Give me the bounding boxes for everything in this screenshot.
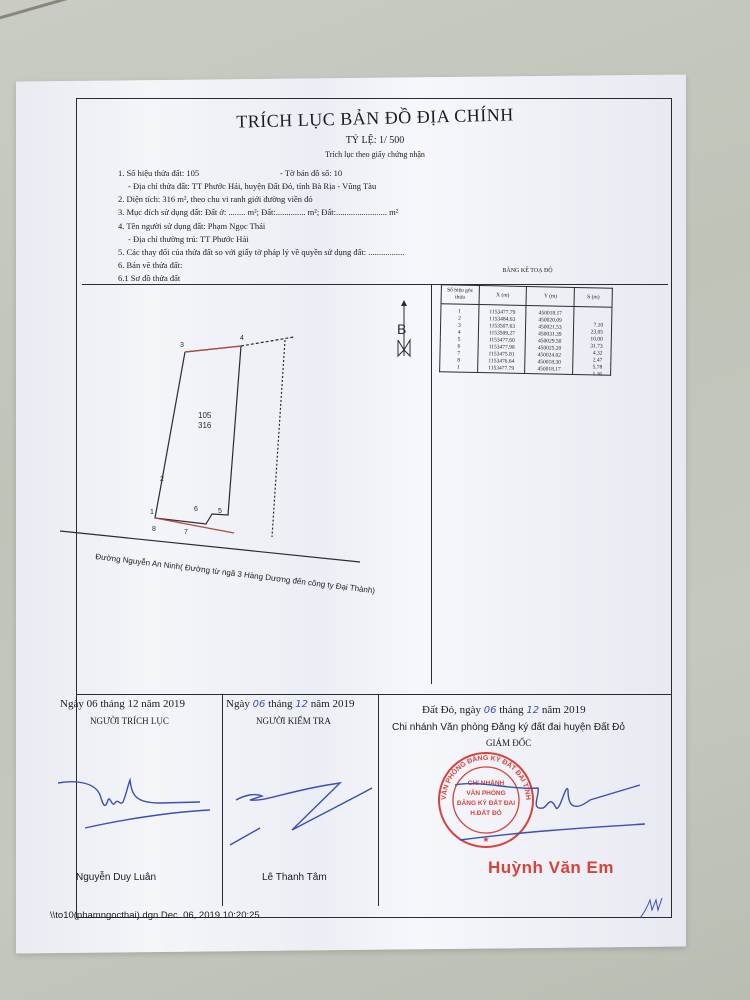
- official-stamp: VĂN PHÒNG ĐĂNG KÝ ĐẤT ĐAI TỈNH BÀ RỊA - …: [0, 0, 533, 847]
- initials-mark: [640, 898, 662, 918]
- checker-signature: [230, 783, 372, 845]
- extractor-signature: [58, 780, 210, 828]
- extractor-name: Nguyễn Duy Luân: [76, 872, 156, 883]
- director-name: Huỳnh Văn Em: [488, 858, 614, 878]
- svg-text:H.ĐẤT ĐỎ: H.ĐẤT ĐỎ: [470, 807, 501, 817]
- svg-text:VĂN PHÒNG: VĂN PHÒNG: [466, 788, 505, 797]
- svg-text:ĐĂNG KÝ ĐẤT ĐAI: ĐĂNG KÝ ĐẤT ĐAI: [457, 797, 515, 807]
- svg-text:VĂN PHÒNG ĐĂNG KÝ ĐẤT ĐAI TỈNH: VĂN PHÒNG ĐĂNG KÝ ĐẤT ĐAI TỈNH BÀ RỊA - …: [0, 0, 531, 800]
- checker-name: Lê Thanh Tâm: [262, 872, 327, 883]
- file-footer: \\to10(phamngocthai).dgn Dec. 06, 2019 1…: [50, 910, 260, 921]
